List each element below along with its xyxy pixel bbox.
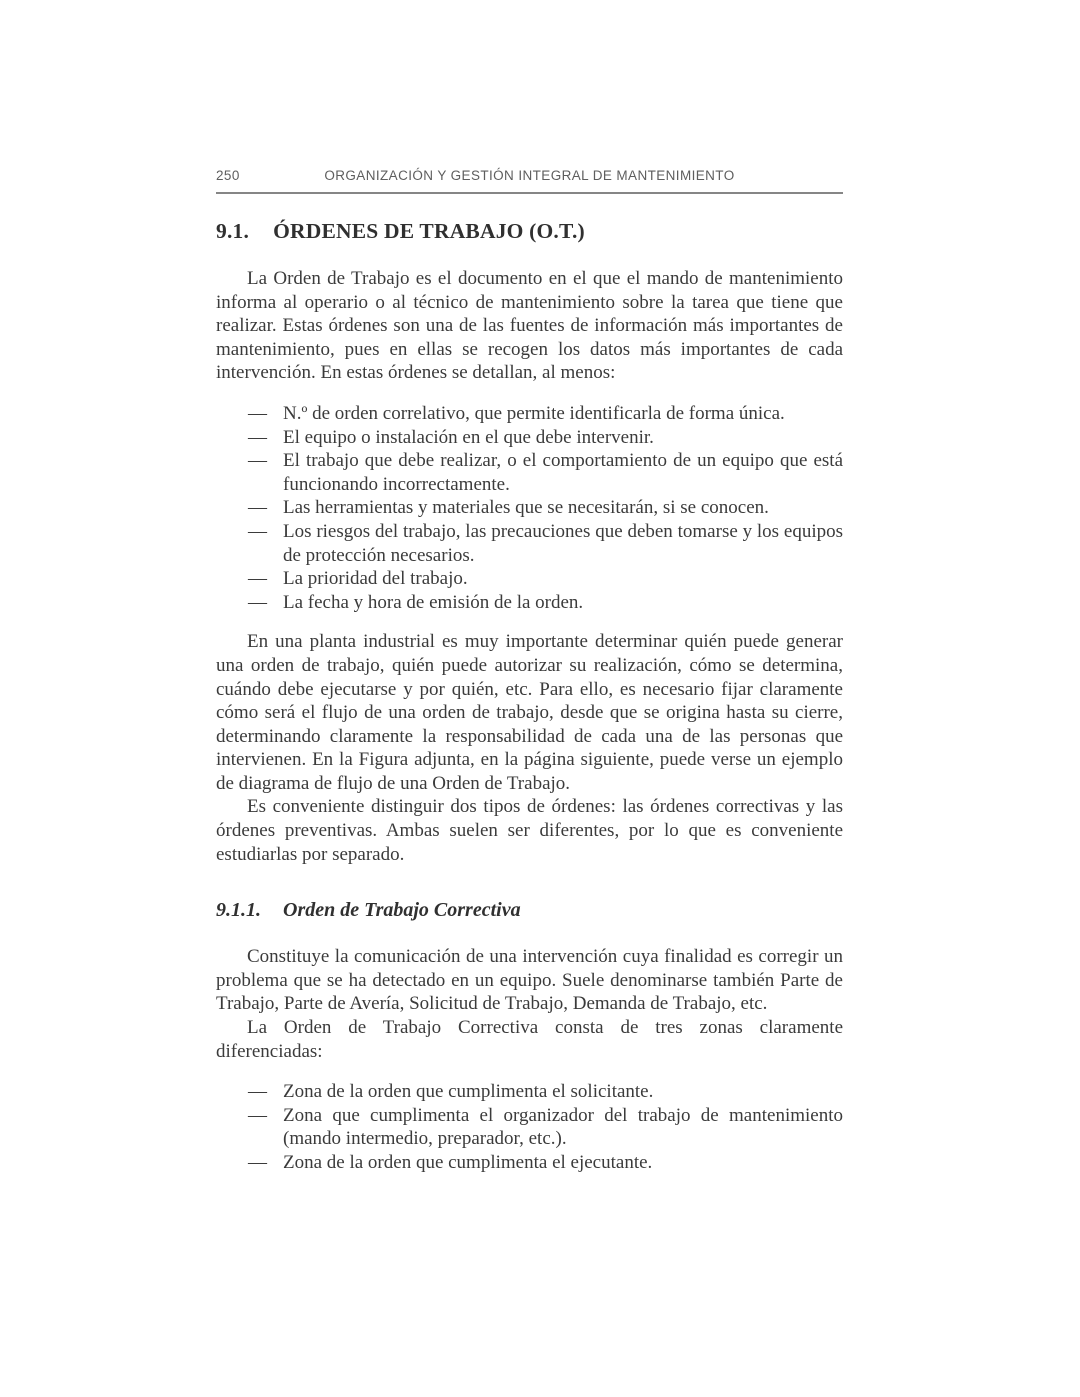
list-item: — La prioridad del trabajo. (248, 567, 843, 591)
list-item: — Zona de la orden que cumplimenta el so… (248, 1080, 843, 1104)
list-item-text: Zona que cumplimenta el organizador del … (283, 1104, 843, 1151)
paragraph-flow: En una planta industrial es muy importan… (216, 630, 843, 795)
subsection-title: Orden de Trabajo Correctiva (283, 899, 521, 921)
list-item: — Zona que cumplimenta el organizador de… (248, 1104, 843, 1151)
dash-marker: — (248, 567, 283, 591)
list-item: — Zona de la orden que cumplimenta el ej… (248, 1151, 843, 1175)
header-rule (216, 192, 843, 194)
dash-marker: — (248, 1080, 283, 1104)
ot-details-list: — N.º de orden correlativo, que permite … (216, 402, 843, 614)
dash-marker: — (248, 1104, 283, 1128)
text-column: 250 ORGANIZACIÓN Y GESTIÓN INTEGRAL DE M… (216, 168, 843, 1175)
section-heading: 9.1.ÓRDENES DE TRABAJO (O.T.) (216, 219, 843, 244)
list-item-text: Las herramientas y materiales que se nec… (283, 496, 843, 520)
list-item-text: Zona de la orden que cumplimenta el soli… (283, 1080, 843, 1104)
list-item-text: N.º de orden correlativo, que permite id… (283, 402, 843, 426)
list-item-text: La fecha y hora de emisión de la orden. (283, 591, 843, 615)
dash-marker: — (248, 449, 283, 473)
section-number: 9.1. (216, 219, 249, 243)
section-title: ÓRDENES DE TRABAJO (O.T.) (273, 219, 585, 243)
paragraph-types: Es conveniente distinguir dos tipos de ó… (216, 795, 843, 866)
list-item-text: El equipo o instalación en el que debe i… (283, 426, 843, 450)
running-title: ORGANIZACIÓN Y GESTIÓN INTEGRAL DE MANTE… (216, 168, 843, 183)
list-item-text: Los riesgos del trabajo, las precaucione… (283, 520, 843, 567)
dash-marker: — (248, 496, 283, 520)
dash-marker: — (248, 426, 283, 450)
list-item: — N.º de orden correlativo, que permite … (248, 402, 843, 426)
list-item: — La fecha y hora de emisión de la orden… (248, 591, 843, 615)
dash-marker: — (248, 402, 283, 426)
paragraph-intro: La Orden de Trabajo es el documento en e… (216, 267, 843, 385)
list-item: — Las herramientas y materiales que se n… (248, 496, 843, 520)
dash-marker: — (248, 591, 283, 615)
subsection-number: 9.1.1. (216, 899, 261, 921)
list-item-text: El trabajo que debe realizar, o el compo… (283, 449, 843, 496)
dash-marker: — (248, 520, 283, 544)
paragraph-zones-intro: La Orden de Trabajo Correctiva consta de… (216, 1016, 843, 1063)
book-page: 250 ORGANIZACIÓN Y GESTIÓN INTEGRAL DE M… (0, 0, 1080, 1397)
paragraph-definition: Constituye la comunicación de una interv… (216, 945, 843, 1016)
dash-marker: — (248, 1151, 283, 1175)
page-number: 250 (216, 168, 240, 183)
list-item: — Los riesgos del trabajo, las precaucio… (248, 520, 843, 567)
ot-zones-list: — Zona de la orden que cumplimenta el so… (216, 1080, 843, 1174)
list-item-text: Zona de la orden que cumplimenta el ejec… (283, 1151, 843, 1175)
list-item: — El equipo o instalación en el que debe… (248, 426, 843, 450)
list-item: — El trabajo que debe realizar, o el com… (248, 449, 843, 496)
page-header: 250 ORGANIZACIÓN Y GESTIÓN INTEGRAL DE M… (216, 168, 843, 185)
list-item-text: La prioridad del trabajo. (283, 567, 843, 591)
subsection-heading: 9.1.1.Orden de Trabajo Correctiva (216, 899, 843, 922)
